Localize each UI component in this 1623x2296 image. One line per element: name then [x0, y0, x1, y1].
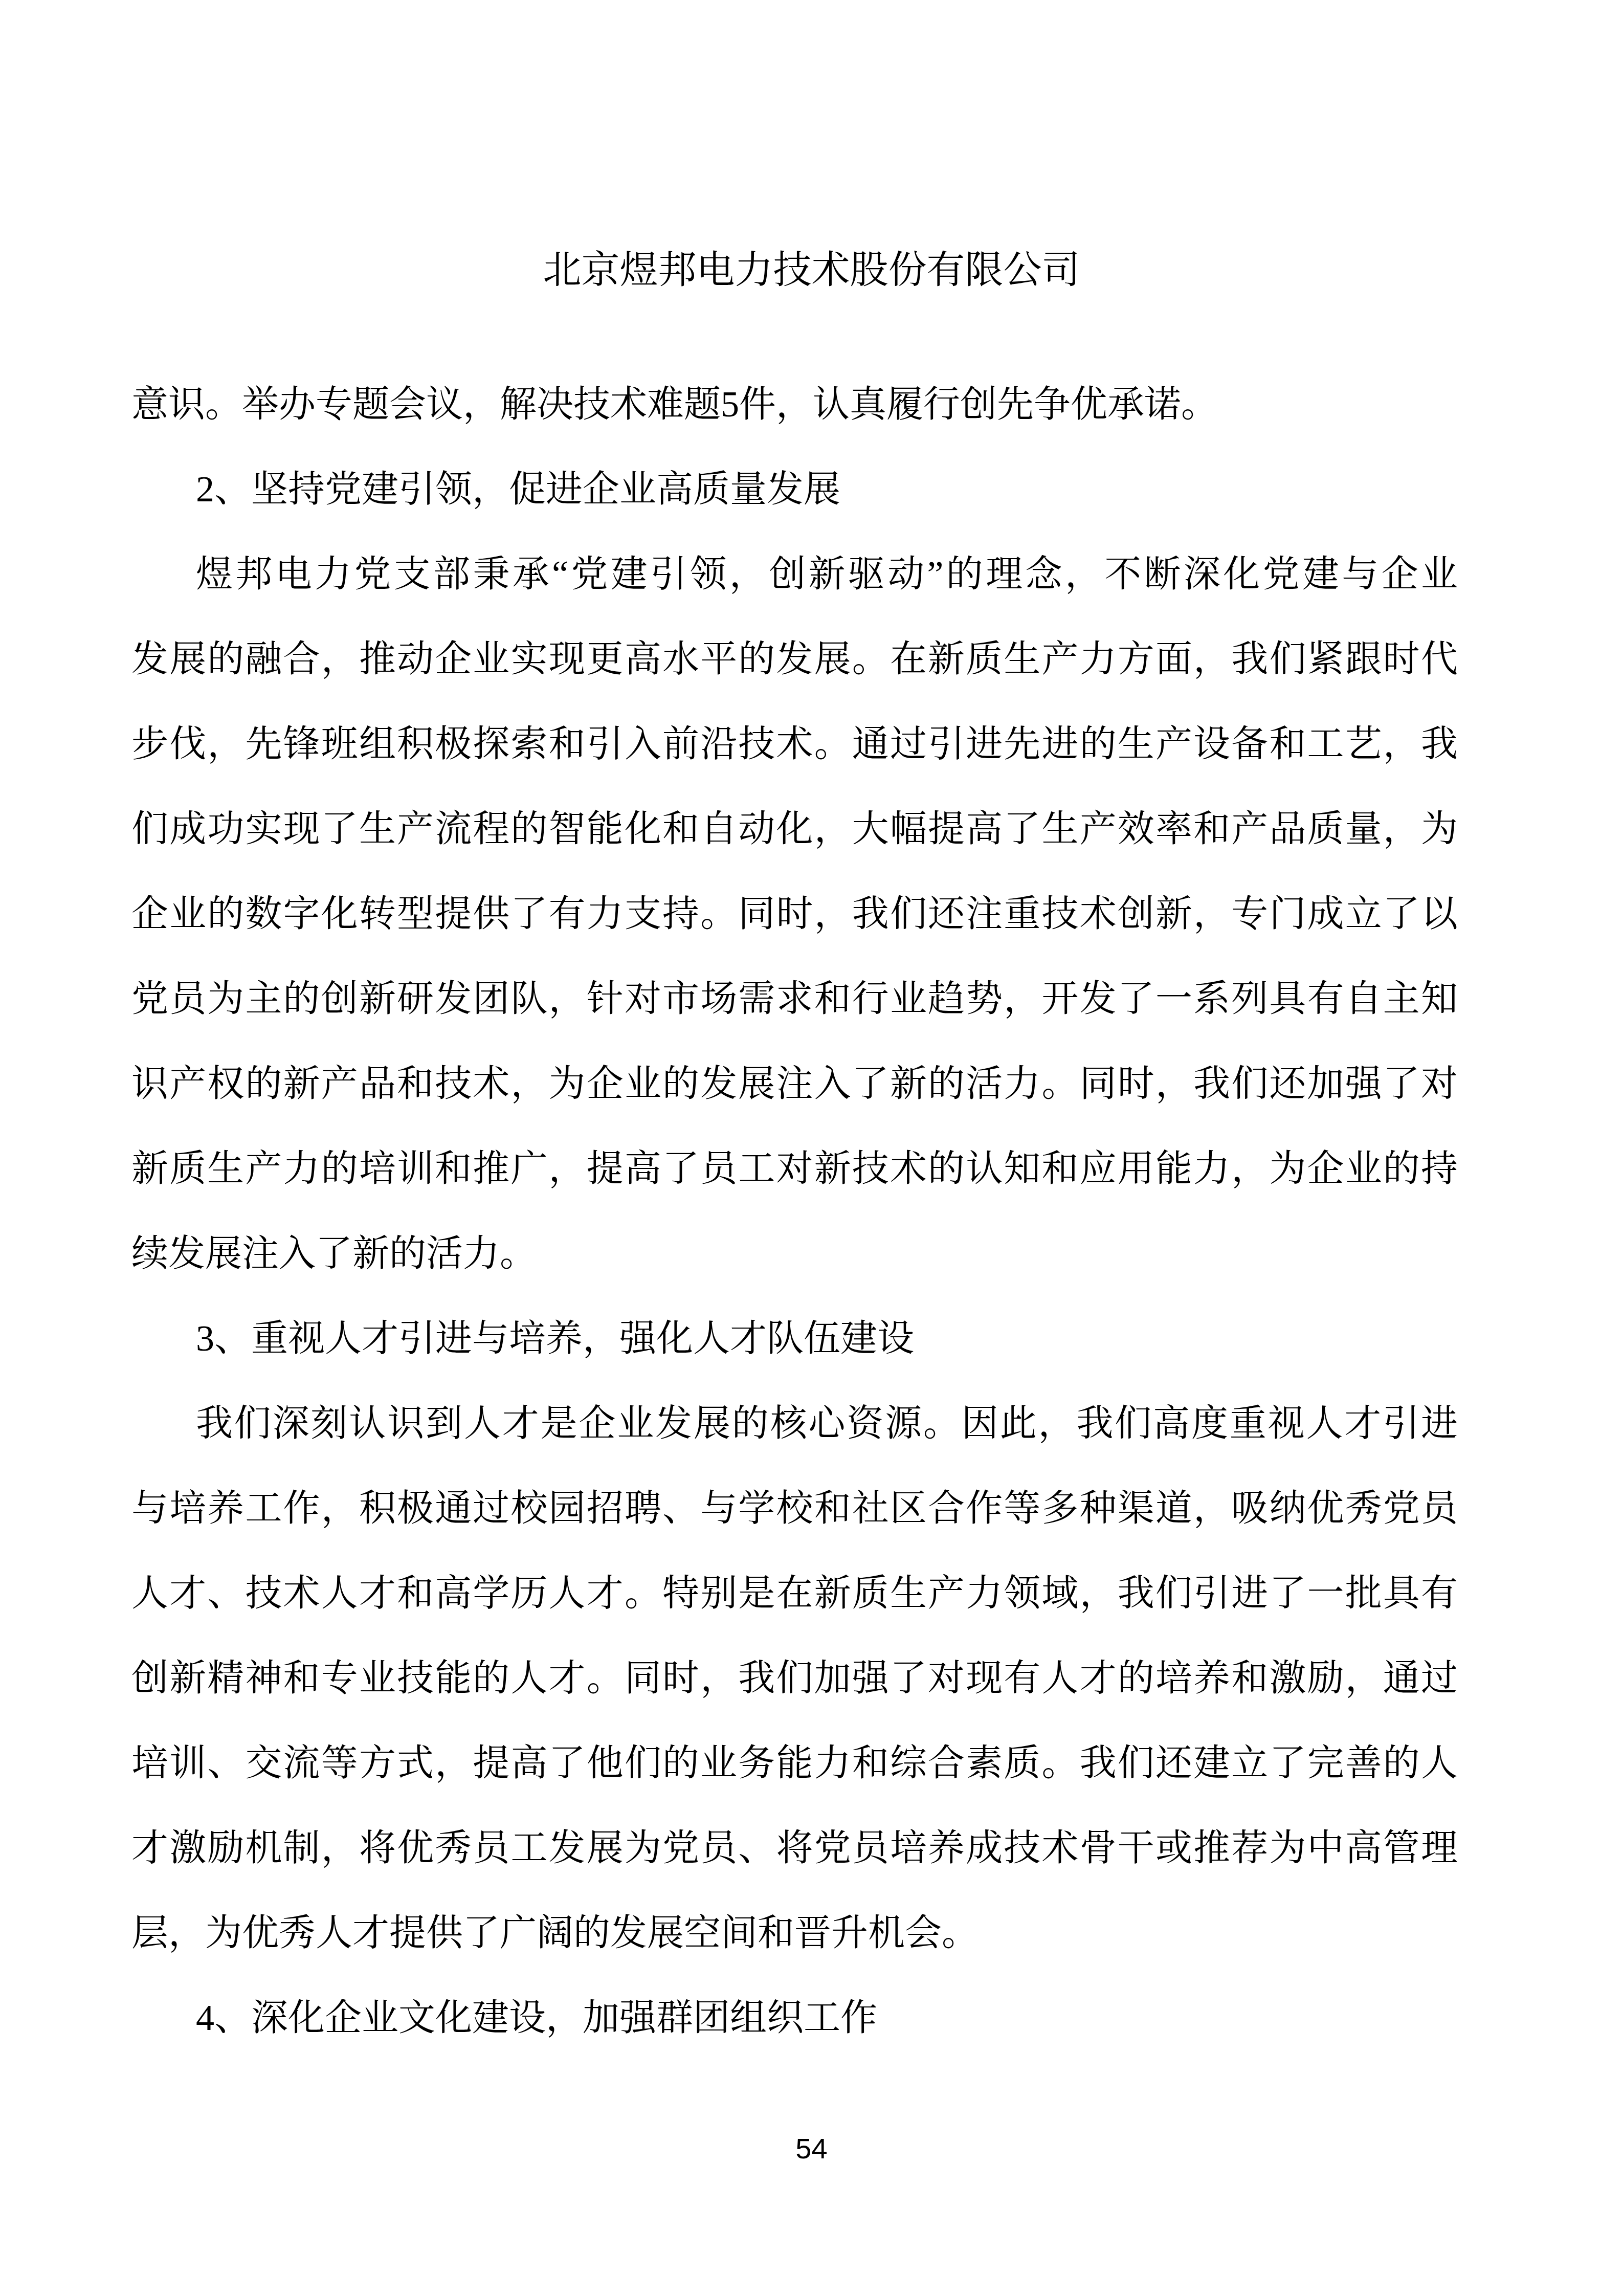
text-line: 步伐，先锋班组积极探索和引入前沿技术。通过引进先进的生产设备和工艺，我 — [131, 701, 1458, 786]
text-line: 煜邦电力党支部秉承“党建引领，创新驱动”的理念，不断深化党建与企业 — [131, 532, 1458, 616]
page-number: 54 — [0, 2133, 1623, 2164]
section-heading: 2、坚持党建引领，促进企业高质量发展 — [131, 447, 1458, 532]
text-line: 人才、技术人才和高学历人才。特别是在新质生产力领域，我们引进了一批具有 — [131, 1551, 1458, 1636]
text-line: 企业的数字化转型提供了有力支持。同时，我们还注重技术创新，专门成立了以 — [131, 871, 1458, 956]
text-line: 意识。举办专题会议，解决技术难题5件，认真履行创先争优承诺。 — [131, 362, 1458, 447]
text-line: 党员为主的创新研发团队，针对市场需求和行业趋势，开发了一系列具有自主知 — [131, 956, 1458, 1041]
text-line: 我们深刻认识到人才是企业发展的核心资源。因此，我们高度重视人才引进 — [131, 1381, 1458, 1466]
text-line: 们成功实现了生产流程的智能化和自动化，大幅提高了生产效率和产品质量，为 — [131, 786, 1458, 871]
section-heading: 4、深化企业文化建设，加强群团组织工作 — [131, 1975, 1458, 2060]
text-line: 层，为优秀人才提供了广阔的发展空间和晋升机会。 — [131, 1890, 1458, 1975]
text-line: 与培养工作，积极通过校园招聘、与学校和社区合作等多种渠道，吸纳优秀党员 — [131, 1466, 1458, 1551]
text-line: 培训、交流等方式，提高了他们的业务能力和综合素质。我们还建立了完善的人 — [131, 1720, 1458, 1805]
document-body: 意识。举办专题会议，解决技术难题5件，认真履行创先争优承诺。 2、坚持党建引领，… — [131, 362, 1458, 2060]
text-line: 才激励机制，将优秀员工发展为党员、将党员培养成技术骨干或推荐为中高管理 — [131, 1805, 1458, 1890]
text-line: 发展的融合，推动企业实现更高水平的发展。在新质生产力方面，我们紧跟时代 — [131, 616, 1458, 701]
section-heading: 3、重视人才引进与培养，强化人才队伍建设 — [131, 1296, 1458, 1381]
text-line: 新质生产力的培训和推广，提高了员工对新技术的认知和应用能力，为企业的持 — [131, 1126, 1458, 1211]
text-line: 续发展注入了新的活力。 — [131, 1211, 1458, 1296]
text-line: 识产权的新产品和技术，为企业的发展注入了新的活力。同时，我们还加强了对 — [131, 1041, 1458, 1126]
page-title: 北京煜邦电力技术股份有限公司 — [0, 249, 1623, 292]
text-line: 创新精神和专业技能的人才。同时，我们加强了对现有人才的培养和激励，通过 — [131, 1636, 1458, 1720]
document-page: 北京煜邦电力技术股份有限公司 意识。举办专题会议，解决技术难题5件，认真履行创先… — [0, 0, 1623, 2296]
